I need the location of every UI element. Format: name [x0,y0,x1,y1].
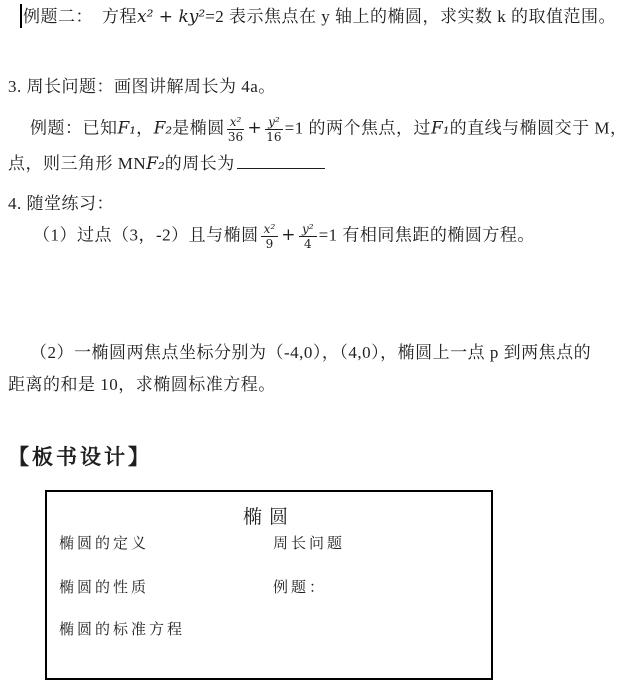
fraction-denominator: 4 [299,237,317,250]
text-segment: =1 有相同焦距的椭圆方程。 [319,225,535,244]
math-F2: F₂ [154,118,173,138]
text-segment: ， [136,118,154,137]
text-segment: （2）一椭圆两焦点坐标分别为（-4,0），（4,0），椭圆上一点 p 到两焦点的 [30,343,591,362]
fraction-numerator: x² [227,116,245,130]
paragraph-exercise-2: （2）一椭圆两焦点坐标分别为（-4,0），（4,0），椭圆上一点 p 到两焦点的 [30,342,591,365]
text-segment: 是椭圆 [172,118,225,137]
text-segment: 距离的和是 10，求椭圆标准方程。 [8,375,276,394]
fraction: x²36 [227,116,245,143]
text-segment: 点，则三角形 MN [8,154,146,173]
text-segment: （1）过点（3，-2）且与椭圆 [33,225,259,244]
board-title: 椭圆 [47,502,491,529]
fraction-numerator: y² [265,116,283,130]
plus-sign: + [281,225,296,245]
paragraph-perimeter-topic: 3. 周长问题：画图讲解周长为 4a。 [8,76,276,99]
fraction-numerator: x² [261,223,279,237]
math-F1: F₁ [118,118,137,138]
answer-blank [237,153,325,169]
board-item-example: 例题： [273,576,327,597]
paragraph-example-perimeter: 例题：已知F₁，F₂是椭圆x²36+y²16=1 的两个焦点，过F₁的直线与椭圆… [30,116,623,143]
paragraph-exercise-1: （1）过点（3，-2）且与椭圆x²9+y²4=1 有相同焦距的椭圆方程。 [33,223,535,250]
fraction-denominator: 9 [261,237,279,250]
board-item-standard-equation: 椭圆的标准方程 [59,618,185,639]
paragraph-exercise-2-cont: 距离的和是 10，求椭圆标准方程。 [8,374,276,397]
plus-sign: + [247,118,262,138]
text-segment: =1 的两个焦点，过 [285,118,431,137]
text-segment: 方程 [85,7,138,26]
fraction-numerator: y² [299,223,317,237]
text-cursor [20,4,22,28]
paragraph-example-two: 例题二： 方程x² + ky²=2 表示焦点在 y 轴上的椭圆，求实数 k 的取… [23,6,616,29]
math-expression: x² + ky² [137,7,205,27]
text-segment: 例题二： [23,7,85,26]
board-item-definition: 椭圆的定义 [59,532,149,553]
text-segment: 的周长为 [165,154,235,173]
fraction-denominator: 16 [265,130,283,143]
board-item-properties: 椭圆的性质 [59,576,149,597]
text-segment: =2 表示焦点在 y 轴上的椭圆，求实数 k 的取值范围。 [205,7,616,26]
document-page: { "colors": { "text": "#1f1f1f", "backgr… [0,0,623,688]
paragraph-perimeter-answer: 点，则三角形 MNF₂的周长为 [8,153,325,176]
text-segment: 3. 周长问题：画图讲解周长为 4a。 [8,77,276,96]
paragraph-class-exercise: 4. 随堂练习： [8,193,114,216]
fraction: x²9 [261,223,279,250]
math-F2: F₂ [146,154,165,174]
fraction: y²4 [299,223,317,250]
text-segment: 的直线与椭圆交于 M，N 两 [450,118,623,137]
blackboard-design-box: 椭圆 椭圆的定义 椭圆的性质 椭圆的标准方程 周长问题 例题： [45,490,493,680]
section-heading-board-design: 【板书设计】 [8,441,152,471]
math-F1: F₁ [431,118,450,138]
text-segment: 4. 随堂练习： [8,194,114,213]
fraction: y²16 [265,116,283,143]
board-item-perimeter-problem: 周长问题 [273,532,345,553]
text-segment: 例题：已知 [30,118,118,137]
fraction-denominator: 36 [227,130,245,143]
